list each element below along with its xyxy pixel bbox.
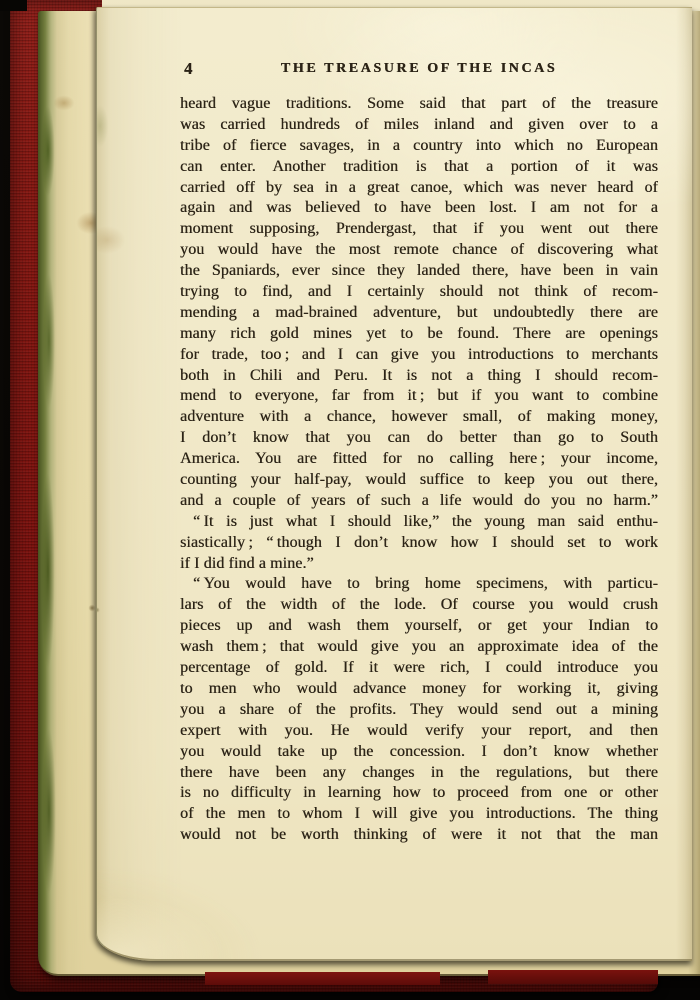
text-line: adventure with a chance, however small, … xyxy=(180,407,658,428)
text-line: for trade, too ; and I can give you intr… xyxy=(180,345,658,366)
text-line: again and was believed to have been lost… xyxy=(180,198,658,219)
text-line: I don’t know that you can do better than… xyxy=(180,428,658,449)
text-line: counting your half-pay, would suffice to… xyxy=(180,470,658,491)
page-body: heard vague traditions. Some said that p… xyxy=(180,94,658,846)
text-line: would not be worth thinking of were it n… xyxy=(180,825,658,846)
text-line: to men who would advance money for worki… xyxy=(180,679,658,700)
text-line: the Spaniards, ever since they landed th… xyxy=(180,261,658,282)
text-line: you a share of the profits. They would s… xyxy=(180,700,658,721)
text-line: heard vague traditions. Some said that p… xyxy=(180,94,658,115)
text-line: “ It is just what I should like,” the yo… xyxy=(180,512,658,533)
text-line: you would take up the concession. I don’… xyxy=(180,742,658,763)
text-line: if I did find a mine.” xyxy=(180,554,658,575)
text-line: lars of the width of the lode. Of course… xyxy=(180,595,658,616)
text-line: percentage of gold. If it were rich, I c… xyxy=(180,658,658,679)
text-line: and a couple of years of such a life wou… xyxy=(180,491,658,512)
text-line: “ You would have to bring home specimens… xyxy=(180,574,658,595)
text-line: wash them ; that would give you an appro… xyxy=(180,637,658,658)
text-line: both in Chili and Peru. It is not a thin… xyxy=(180,366,658,387)
text-line: was carried hundreds of miles inland and… xyxy=(180,115,658,136)
text-line: pieces up and wash them yourself, or get… xyxy=(180,616,658,637)
page-header: 4 THE TREASURE OF THE INCAS xyxy=(180,59,658,79)
text-line: expert with you. He would verify your re… xyxy=(180,721,658,742)
paragraph: heard vague traditions. Some said that p… xyxy=(180,94,658,512)
text-line: of the men to whom I will give you intro… xyxy=(180,804,658,825)
paragraph: “ You would have to bring home specimens… xyxy=(180,574,658,846)
text-line: mending a mad-brained adventure, but und… xyxy=(180,303,658,324)
page-number: 4 xyxy=(184,59,192,79)
running-title: THE TREASURE OF THE INCAS xyxy=(180,59,658,77)
text-line: tribe of fierce savages, in a country in… xyxy=(180,136,658,157)
text-line: America. You are fitted for no calling h… xyxy=(180,449,658,470)
background-shadow xyxy=(0,0,27,11)
text-line: you would have the most remote chance of… xyxy=(180,240,658,261)
text-line: is no difficulty in learning how to proc… xyxy=(180,783,658,804)
text-line: there have been any changes in the regul… xyxy=(180,763,658,784)
cover-bottom-edge xyxy=(205,972,440,985)
scanned-book-photo: 4 THE TREASURE OF THE INCAS heard vague … xyxy=(0,0,700,1000)
text-line: many rich gold mines yet to be found. Th… xyxy=(180,324,658,345)
text-line: mend to everyone, far from it ; but if y… xyxy=(180,386,658,407)
cover-bottom-edge xyxy=(488,970,658,984)
paragraph: “ It is just what I should like,” the yo… xyxy=(180,512,658,575)
text-line: trying to find, and I certainly should n… xyxy=(180,282,658,303)
text-line: carried off by sea in a great canoe, whi… xyxy=(180,178,658,199)
text-line: can enter. Another tradition is that a p… xyxy=(180,157,658,178)
text-line: moment supposing, Prendergast, that if y… xyxy=(180,219,658,240)
text-line: siastically ; “ though I don’t know how … xyxy=(180,533,658,554)
